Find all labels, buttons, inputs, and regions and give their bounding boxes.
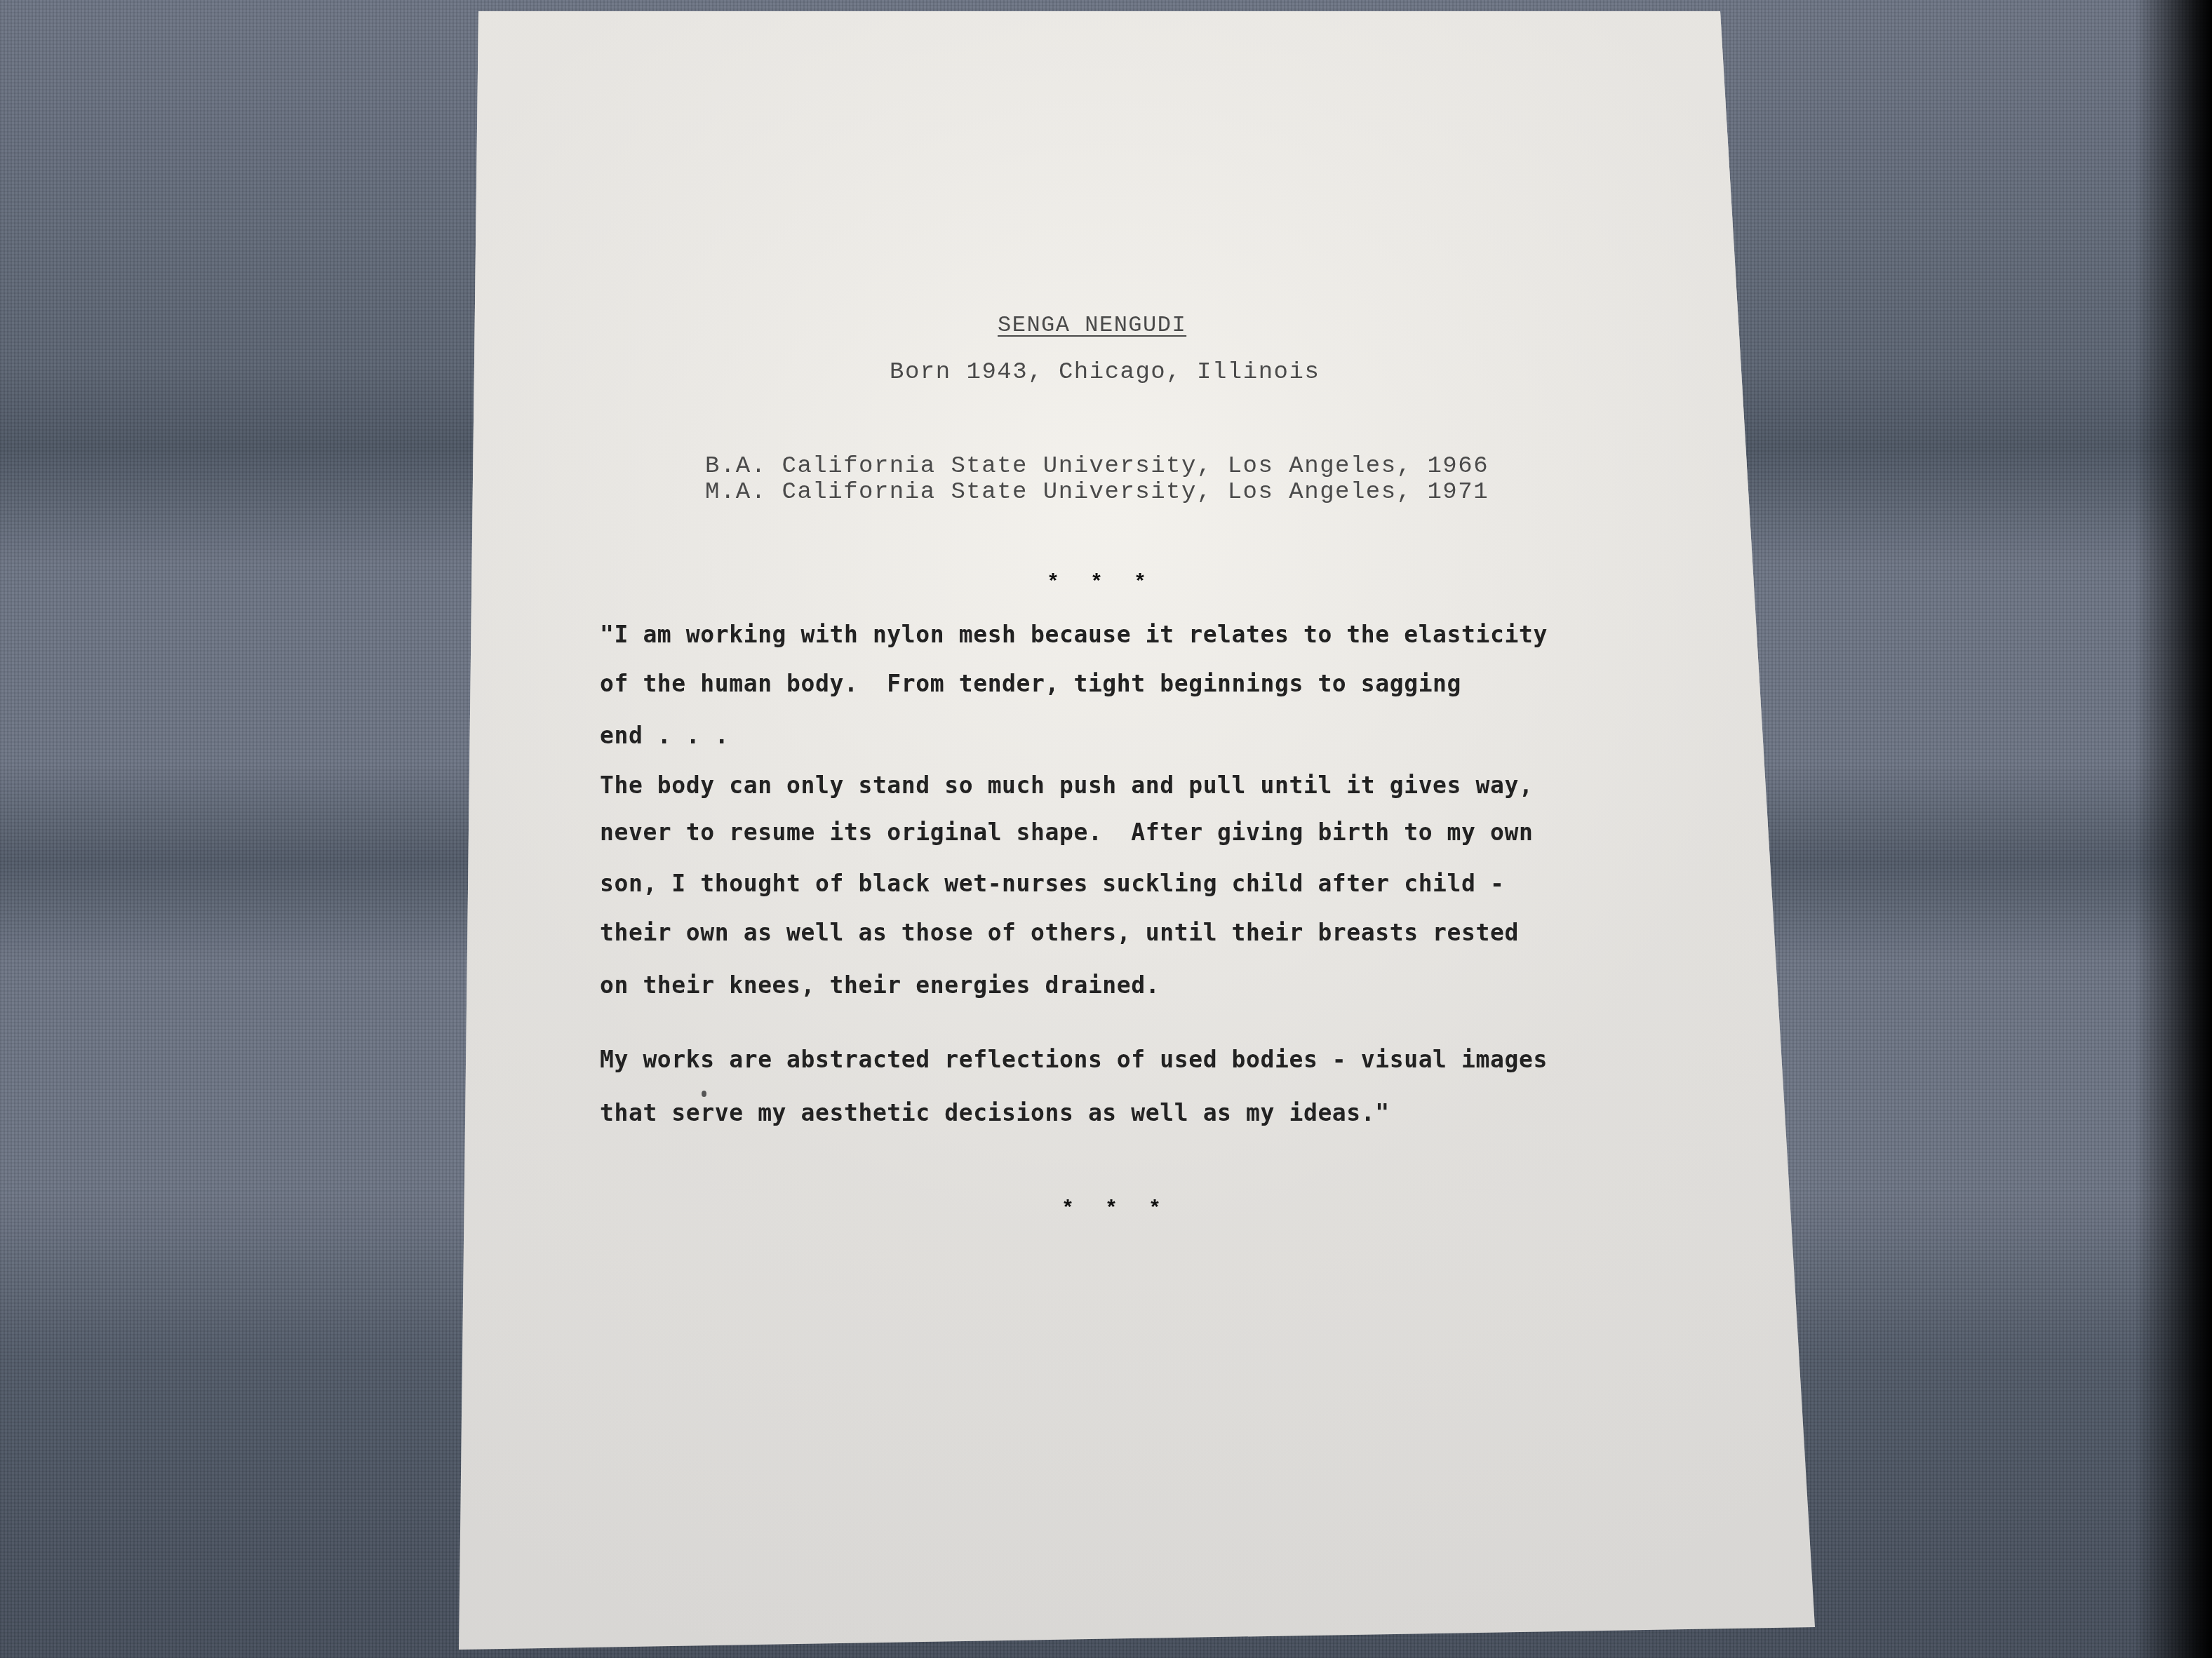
asterisk-icon: * [1148,1198,1161,1222]
section-separator: * * * [1047,572,1146,595]
statement-line: that serve my aesthetic decisions as wel… [600,1101,1390,1124]
statement-line: "I am working with nylon mesh because it… [600,623,1548,646]
statement-line: My works are abstracted reflections of u… [600,1048,1548,1071]
asterisk-icon: * [1047,572,1059,595]
statement-line: never to resume its original shape. Afte… [600,821,1533,844]
education-ba: B.A. California State University, Los An… [705,454,1489,478]
statement-line: on their knees, their energies drained. [600,973,1160,997]
statement-line: of the human body. From tender, tight be… [600,672,1461,695]
statement-line: end . . . [600,724,729,747]
artist-name-heading: SENGA NENGUDI [998,314,1186,337]
statement-line: son, I thought of black wet-nurses suckl… [600,872,1504,895]
ink-speck [702,1091,706,1097]
birth-info: Born 1943, Chicago, Illinois [890,360,1320,384]
asterisk-icon: * [1134,572,1146,595]
education-ma: M.A. California State University, Los An… [705,480,1489,504]
asterisk-icon: * [1061,1198,1074,1222]
statement-line: The body can only stand so much push and… [600,774,1533,797]
closing-separator: * * * [1061,1198,1161,1222]
statement-line: their own as well as those of others, un… [600,921,1519,944]
display-case-edge-shadow [2135,0,2212,1658]
asterisk-icon: * [1105,1198,1118,1222]
asterisk-icon: * [1090,572,1103,595]
